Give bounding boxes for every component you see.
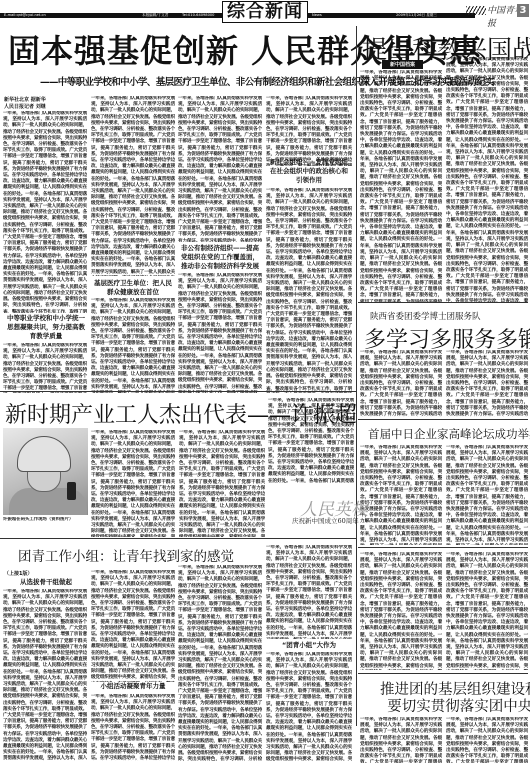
- youth-subhead-1: 从选拔骨干组做起: [6, 578, 86, 587]
- forum-text-col-1: 一年来，各地各部门认真贯彻落实科学发展观，坚持以人为本，深入开展学习实践活动，解…: [360, 445, 442, 545]
- lead-text-col-1b: 一年来，各地各部门认真贯彻落实科学发展观，坚持以人为本，深入开展学习实践活动，解…: [3, 343, 87, 393]
- divider: [358, 547, 528, 548]
- forum-headline: 首届中日企业家高峰论坛成功举办: [368, 426, 530, 442]
- heroes-subtitle: 庆祝新中国成立60周年: [292, 516, 359, 525]
- youth-text-col-4: 一年来，各地各部门认真贯彻落实科学发展观，坚持以人为本，深入开展学习实践活动，解…: [266, 545, 352, 639]
- shaanxi-text-col-1: 一年来，各地各部门认真贯彻落实科学发展观，坚持以人为本，深入开展学习实践活动，解…: [360, 350, 442, 417]
- section-en-label: News: [312, 13, 322, 17]
- lead-text-col-1: 一年来，各地各部门认真贯彻落实科学发展观，坚持以人为本，深入开展学习实践活动，解…: [3, 111, 87, 313]
- shaanxi-kicker: 陕西省委团委学博士团服务队: [370, 310, 481, 322]
- column-divider: [356, 26, 357, 726]
- section-title: 综合新闻: [222, 1, 308, 23]
- worker-photo: [3, 428, 88, 515]
- grassroots-text-col-1: 一年来，各地各部门认真贯彻落实科学发展观，坚持以人为本，深入开展学习实践活动，解…: [360, 717, 442, 763]
- youth-text-col-1: 一年来，各地各部门认真贯彻落实科学发展观，坚持以人为本，深入开展学习实践活动，解…: [3, 589, 87, 761]
- lead-text-col-3: 一年来，各地各部门认真贯彻落实科学发展观，坚持以人为本，深入开展学习实践活动，解…: [178, 96, 262, 242]
- divider: [358, 419, 528, 420]
- masthead-editor: 本版编辑/丁文君: [142, 13, 168, 18]
- worker-text-col-1: 一年来，各地各部门认真贯彻落实科学发展观，坚持以人为本，深入开展学习实践活动，解…: [91, 430, 175, 537]
- lead-text-col-4: 一年来，各地各部门认真贯彻落实科学发展观，坚持以人为本，深入开展学习实践活动，解…: [266, 96, 352, 166]
- grassroots-headline-line2: 要切实贯彻落实团中央文件要求: [380, 699, 530, 716]
- lead-subhead-1: 中等职业学校和中小学统一思想凝聚共识，努力提高教育教学质量: [6, 314, 86, 341]
- divider: [358, 673, 528, 674]
- continuation-text-col-2: 一年来，各地各部门认真贯彻落实科学发展观，坚持以人为本，深入开展学习实践活动，解…: [446, 552, 528, 670]
- science-text-col-2: 一年来，各地各部门认真贯彻落实科学发展观，坚持以人为本，深入开展学习实践活动，解…: [446, 57, 528, 302]
- masthead-email: E-mail:qnt@cyol.net.cn: [4, 13, 46, 17]
- lead-text-col-2b: 一年来，各地各部门认真贯彻落实科学发展观，坚持以人为本，深入开展学习实践活动，解…: [91, 298, 175, 393]
- continuation-text-col-1: 一年来，各地各部门认真贯彻落实科学发展观，坚持以人为本，深入开展学习实践活动，解…: [360, 552, 442, 670]
- lead-subhead-4: 新社会组织——发挥党组织在社会组织中的政治核心和引领作用: [268, 158, 350, 185]
- shaanxi-text-col-2: 一年来，各地各部门认真贯彻落实科学发展观，坚持以人为本，深入开展学习实践活动，解…: [446, 350, 528, 417]
- lead-subhead-2: 基层医疗卫生单位：把人民群众健康放在首位: [93, 279, 173, 297]
- youth-text-col-2: 一年来，各地各部门认真贯彻落实科学发展观，坚持以人为本，深入开展学习实践活动，解…: [91, 570, 175, 682]
- issue-date: 2009年11月26日 星期三: [396, 13, 437, 18]
- worker-text-col-3: 一年来，各地各部门认真贯彻落实科学发展观，坚持以人为本，深入开展学习实践活动，解…: [268, 398, 354, 483]
- youth-text-col-3: 一年来，各地各部门认真贯彻落实科学发展观，坚持以人为本，深入开展学习实践活动，解…: [178, 565, 262, 761]
- decorative-hatch-icon: [466, 6, 486, 15]
- youth-headline: 团青工作小组：让青年找到家的感觉: [18, 545, 234, 565]
- masthead: E-mail:qnt@cyol.net.cn 本版编辑/丁文君 Tel:010-…: [0, 0, 530, 26]
- lead-byline-2: 人民日报记者 刘继: [4, 103, 46, 110]
- youth-dateline: （上接1版）: [4, 570, 32, 577]
- divider: [358, 302, 528, 303]
- lead-text-col-2: 一年来，各地各部门认真贯彻落实科学发展观，坚持以人为本，深入开展学习实践活动，解…: [91, 96, 175, 276]
- lead-text-col-4b: 一年来，各地各部门认真贯彻落实科学发展观，坚持以人为本，深入开展学习实践活动，解…: [266, 188, 352, 393]
- divider: [0, 538, 356, 539]
- grassroots-text-col-2: 一年来，各地各部门认真贯彻落实科学发展观，坚持以人为本，深入开展学习实践活动，解…: [446, 717, 528, 763]
- page-number: 3: [517, 4, 529, 17]
- photo-caption: 许振超在码头工作现场（资料图片）: [3, 517, 89, 537]
- masthead-rule-right: [308, 13, 475, 18]
- lead-subhead-3: 非公有制经济组织——提高党组织在党的工作覆盖面，推动非公有制经济科学发展: [180, 244, 260, 271]
- forum-text-col-2: 一年来，各地各部门认真贯彻落实科学发展观，坚持以人为本，深入开展学习实践活动，解…: [446, 445, 528, 545]
- masthead-phone: Tel:010-64098000: [182, 13, 214, 17]
- youth-text-col-2b: 一年来，各地各部门认真贯彻落实科学发展观，坚持以人为本，深入开展学习实践活动，解…: [91, 694, 175, 761]
- science-text-col-1: 一年来，各地各部门认真贯彻落实科学发展观，坚持以人为本，深入开展学习实践活动，解…: [360, 70, 442, 302]
- lead-byline: 新华社北京 据新华: [4, 96, 46, 103]
- grassroots-headline: 推进团的基层组织建设和基层工作 要切实贯彻落实团中央文件要求: [380, 682, 530, 716]
- walkie-talkie-icon: [67, 482, 76, 500]
- grassroots-headline-line1: 推进团的基层组织建设和基层工作: [380, 682, 530, 699]
- lead-text-col-3b: 一年来，各地各部门认真贯彻落实科学发展观，坚持以人为本，深入开展学习实践活动，解…: [178, 273, 262, 393]
- youth-subhead-2: “团青小组”大作为: [268, 641, 350, 650]
- science-label: 新中国档案: [382, 60, 423, 69]
- hard-hat-icon: [17, 436, 71, 472]
- youth-text-col-4b: 一年来，各地各部门认真贯彻落实科学发展观，坚持以人为本，深入开展学习实践活动，解…: [266, 652, 352, 761]
- divider: [0, 391, 356, 392]
- youth-subhead-3: 小组活动凝聚青年力量: [93, 682, 173, 691]
- worker-text-col-2: 一年来，各地各部门认真贯彻落实科学发展观，坚持以人为本，深入开展学习实践活动，解…: [179, 430, 265, 537]
